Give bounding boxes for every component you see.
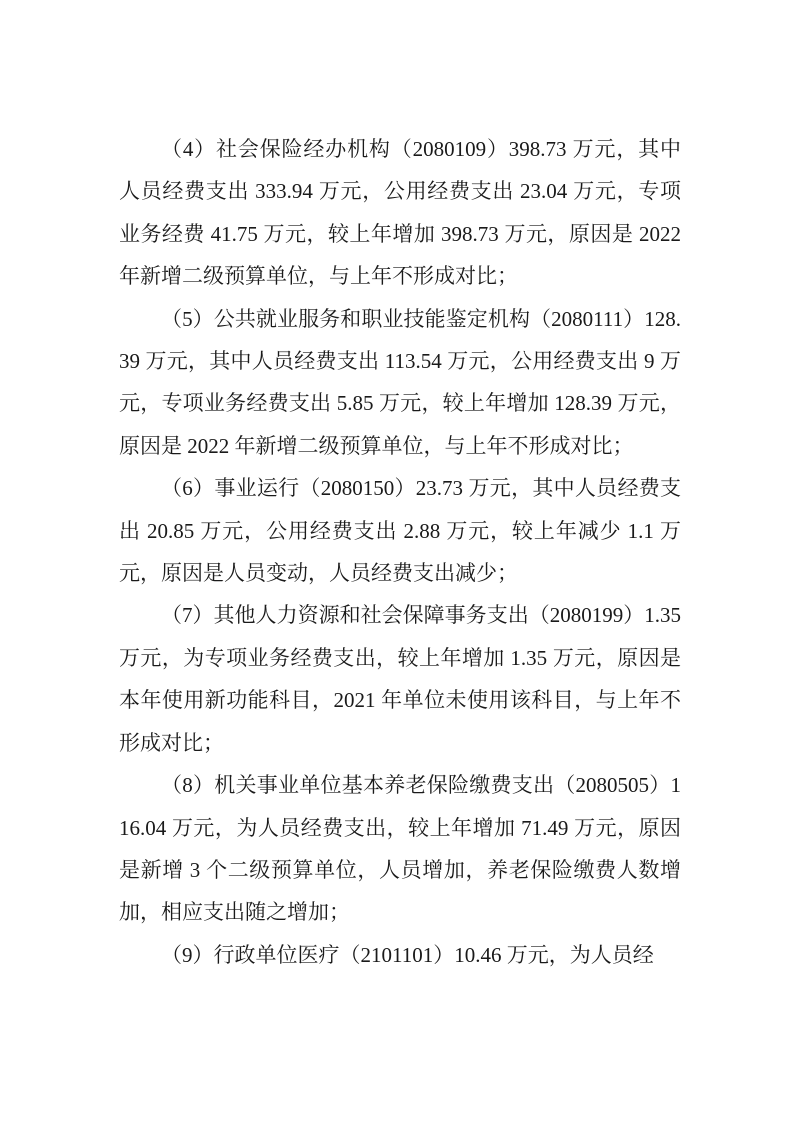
paragraph-item-5: （5）公共就业服务和职业技能鉴定机构（2080111）128.39 万元，其中人… [119, 298, 681, 468]
paragraph-item-9: （9）行政单位医疗（2101101）10.46 万元，为人员经 [119, 934, 681, 976]
paragraph-item-8: （8）机关事业单位基本养老保险缴费支出（2080505）116.04 万元，为人… [119, 764, 681, 934]
paragraph-item-4: （4）社会保险经办机构（2080109）398.73 万元，其中人员经费支出 3… [119, 128, 681, 298]
document-body: （4）社会保险经办机构（2080109）398.73 万元，其中人员经费支出 3… [119, 128, 681, 976]
document-page: （4）社会保险经办机构（2080109）398.73 万元，其中人员经费支出 3… [0, 0, 793, 1122]
paragraph-item-7: （7）其他人力资源和社会保障事务支出（2080199）1.35 万元，为专项业务… [119, 594, 681, 764]
paragraph-item-6: （6）事业运行（2080150）23.73 万元，其中人员经费支出 20.85 … [119, 467, 681, 594]
